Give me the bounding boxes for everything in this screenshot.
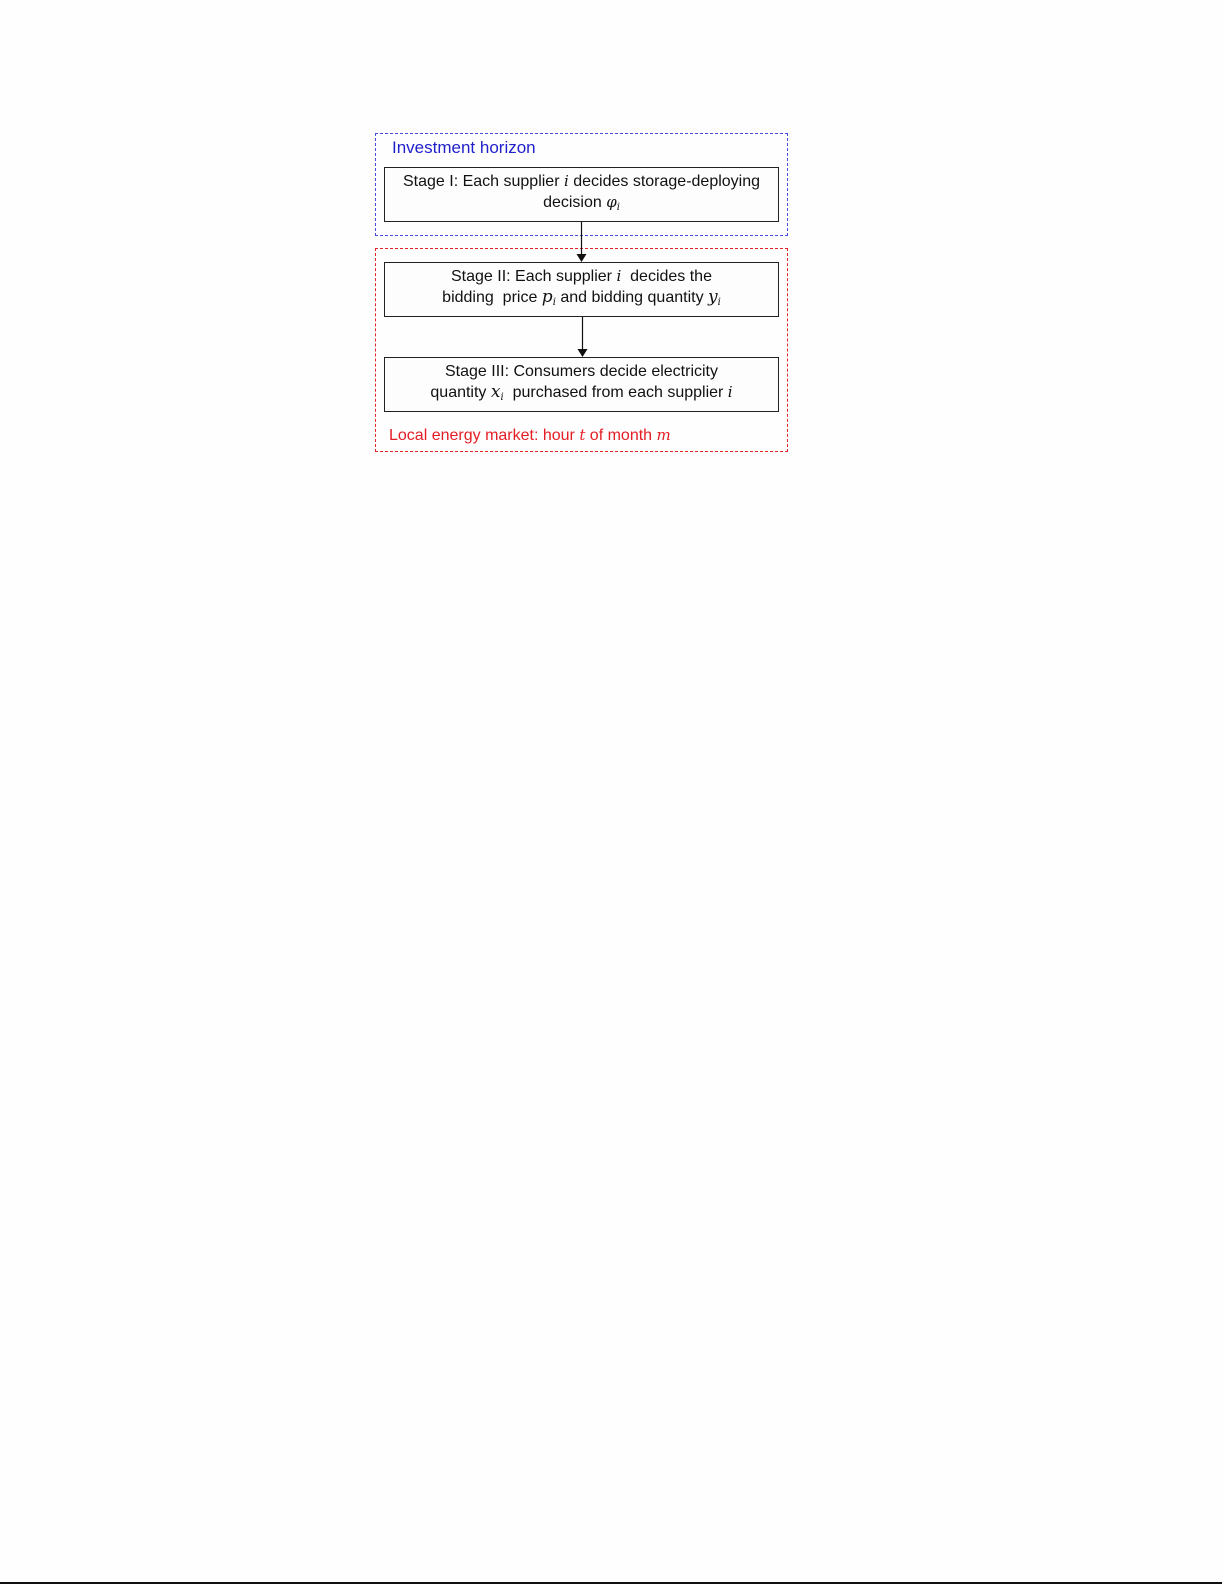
stage-2-box: Stage II: Each supplier i decides the bi…: [384, 262, 779, 317]
flow-arrows: [0, 0, 1225, 1585]
var-y: y: [708, 287, 718, 307]
text: purchased from each supplier: [504, 384, 728, 401]
var-i: i: [728, 383, 733, 401]
investment-horizon-label: Investment horizon: [392, 138, 536, 158]
stage-3-line-2: quantity xi purchased from each supplier…: [430, 382, 732, 408]
var-p: p: [542, 287, 553, 307]
text: quantity: [430, 384, 490, 401]
market-label-mid: of month: [585, 427, 656, 444]
stage-3-line-1: Stage III: Consumers decide electricity: [430, 361, 732, 382]
stage-2-line-2: bidding price pi and bidding quantity yi: [442, 287, 721, 313]
text: Stage II: Each supplier: [451, 268, 616, 285]
text: decides the: [621, 268, 712, 285]
text: and bidding quantity: [556, 289, 708, 306]
stage-1-line-1: Stage I: Each supplier i decides storage…: [403, 171, 760, 192]
subscript-i: i: [718, 297, 721, 308]
market-label-prefix: Local energy market: hour: [389, 427, 579, 444]
text: Stage I: Each supplier: [403, 173, 564, 190]
stage-2-line-1: Stage II: Each supplier i decides the: [442, 266, 721, 287]
var-phi: φ: [606, 193, 617, 211]
text: decision: [543, 194, 606, 211]
text: Stage III: Consumers decide electricity: [445, 363, 718, 380]
local-energy-market-label: Local energy market: hour t of month m: [389, 426, 671, 445]
stage-3-box: Stage III: Consumers decide electricity …: [384, 357, 779, 412]
text: decides storage-deploying: [569, 173, 760, 190]
page-bottom-rule: [0, 1582, 1222, 1584]
text: bidding price: [442, 289, 542, 306]
var-m: m: [657, 426, 671, 444]
subscript-i: i: [617, 202, 620, 213]
stage-1-line-2: decision φi: [403, 192, 760, 218]
stage-1-box: Stage I: Each supplier i decides storage…: [384, 167, 779, 222]
